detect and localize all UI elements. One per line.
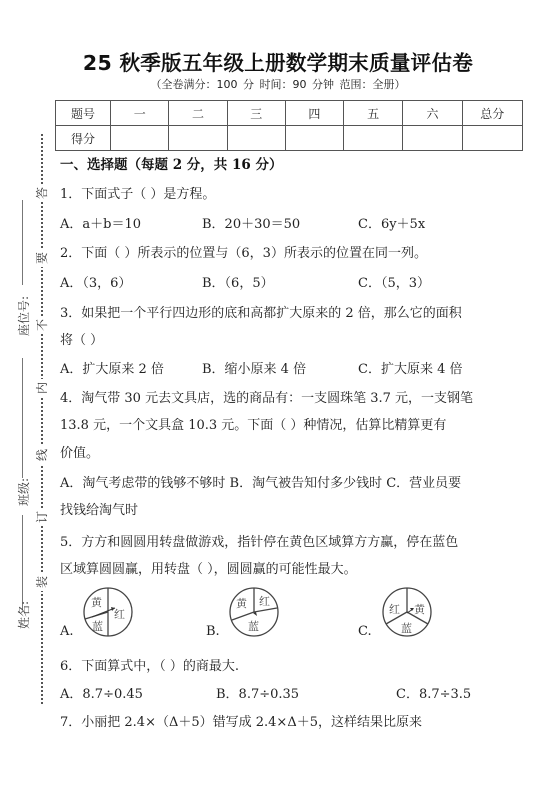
q3-option-b[interactable]: B．缩小原来 4 倍	[202, 358, 306, 377]
question-3-text: 3．如果把一个平行四边形的底和高都扩大原来的 2 倍，那么它的面积	[60, 302, 462, 321]
score-table: 题号 一 二 三 四 五 六 总分 得分	[55, 100, 523, 151]
q6-option-a[interactable]: A．8.7÷0.45	[60, 683, 143, 702]
question-4-text-cont2: 价值。	[60, 442, 99, 461]
spinner-b-blue-label: 蓝	[248, 619, 259, 633]
binding-char: 不	[33, 316, 51, 334]
header-cell: 四	[285, 101, 343, 126]
q6-option-c[interactable]: C．8.7÷3.5	[396, 683, 471, 702]
spinner-a: 黄 红 蓝	[82, 586, 134, 642]
header-cell: 二	[169, 101, 227, 126]
question-4-text: 4．淘气带 30 元去文具店，选的商品有：一支圆珠笔 3.7 元，一支钢笔	[60, 387, 473, 406]
binding-char: 要	[33, 249, 51, 267]
name-field-label: 姓名:	[16, 595, 32, 635]
seat-field-line[interactable]	[22, 200, 23, 285]
question-3-text-cont: 将（ ）	[60, 329, 103, 348]
question-5-text: 5．方方和圆圆用转盘做游戏，指针停在黄色区域算方方赢，停在蓝色	[60, 531, 458, 550]
question-6-text: 6．下面算式中，（ ）的商最大.	[60, 655, 239, 674]
header-cell: 一	[111, 101, 169, 126]
spinner-b-yellow-label: 黄	[236, 596, 248, 610]
binding-char: 内	[33, 379, 51, 397]
question-1-text: 1．下面式子（ ）是方程。	[60, 183, 215, 202]
row-label: 得分	[56, 126, 111, 151]
q3-option-a[interactable]: A．扩大原来 2 倍	[60, 358, 164, 377]
question-7-text: 7．小丽把 2.4×（Δ＋5）错写成 2.4×Δ＋5，这样结果比原来	[60, 711, 422, 730]
q1-option-c[interactable]: C．6y＋5x	[358, 213, 425, 232]
header-cell: 题号	[56, 101, 111, 126]
header-cell: 六	[403, 101, 462, 126]
q2-option-b[interactable]: B．（6，5）	[202, 272, 274, 291]
score-table-header-row: 题号 一 二 三 四 五 六 总分	[56, 101, 523, 126]
header-cell: 三	[227, 101, 285, 126]
q1-option-b[interactable]: B．20＋30＝50	[202, 213, 300, 232]
header-cell: 总分	[462, 101, 522, 126]
page-title: 25 秋季版五年级上册数学期末质量评估卷	[0, 46, 556, 76]
q4-options[interactable]: A．淘气考虑带的钱够不够时 B．淘气被告知付多少钱时 C．营业员要	[60, 472, 461, 491]
seat-field-label: 座位号:	[16, 296, 32, 336]
spinner-c-blue-label: 蓝	[401, 621, 412, 635]
q4-options-cont[interactable]: 找钱给淘气时	[60, 499, 138, 518]
spinner-b-red-label: 红	[259, 595, 270, 608]
section-heading: 一、选择题（每题 2 分，共 16 分）	[60, 153, 282, 173]
question-2-text: 2．下面（ ）所表示的位置与（6，3）所表示的位置在同一列。	[60, 242, 427, 261]
binding-dotted-line	[41, 134, 43, 704]
spinner-c-red-label: 红	[389, 603, 400, 616]
score-cell[interactable]	[111, 126, 169, 151]
score-cell[interactable]	[169, 126, 227, 151]
spinner-c-yellow-label: 黄	[414, 602, 426, 616]
q2-option-c[interactable]: C．（5，3）	[358, 272, 430, 291]
binding-char: 装	[33, 573, 51, 591]
q1-option-a[interactable]: A．a＋b＝10	[60, 213, 141, 232]
score-table-score-row: 得分	[56, 126, 523, 151]
q2-option-a[interactable]: A．（3，6）	[60, 272, 131, 291]
question-5-text-cont: 区域算圆圆赢，用转盘（ ），圆圆赢的可能性最大。	[60, 558, 357, 577]
q5-option-c[interactable]: C.	[358, 624, 372, 639]
score-cell[interactable]	[462, 126, 522, 151]
score-cell[interactable]	[403, 126, 462, 151]
question-4-text-cont: 13.8 元，一个文具盒 10.3 元。下面（ ）种情况，估算比精算更有	[60, 414, 446, 433]
score-cell[interactable]	[344, 126, 403, 151]
binding-char: 答	[33, 184, 51, 202]
spinner-c: 红 黄 蓝	[381, 586, 433, 642]
header-cell: 五	[344, 101, 403, 126]
q5-option-b[interactable]: B.	[206, 624, 220, 639]
class-field-line[interactable]	[22, 358, 23, 478]
q6-option-b[interactable]: B．8.7÷0.35	[216, 683, 299, 702]
score-cell[interactable]	[227, 126, 285, 151]
binding-char: 订	[33, 508, 51, 526]
class-field-label: 班级:	[16, 472, 32, 512]
spinner-a-blue-label: 蓝	[92, 619, 103, 633]
spinner-b: 黄 红 蓝	[228, 586, 280, 642]
spinner-a-yellow-label: 黄	[91, 595, 103, 609]
q3-option-c[interactable]: C．扩大原来 4 倍	[358, 358, 462, 377]
binding-char: 线	[33, 446, 51, 464]
score-cell[interactable]	[285, 126, 343, 151]
exam-info: （全卷满分：100 分 时间：90 分钟 范围：全册）	[0, 76, 556, 92]
spinner-a-red-label: 红	[114, 608, 125, 621]
q5-option-a[interactable]: A.	[60, 624, 74, 639]
